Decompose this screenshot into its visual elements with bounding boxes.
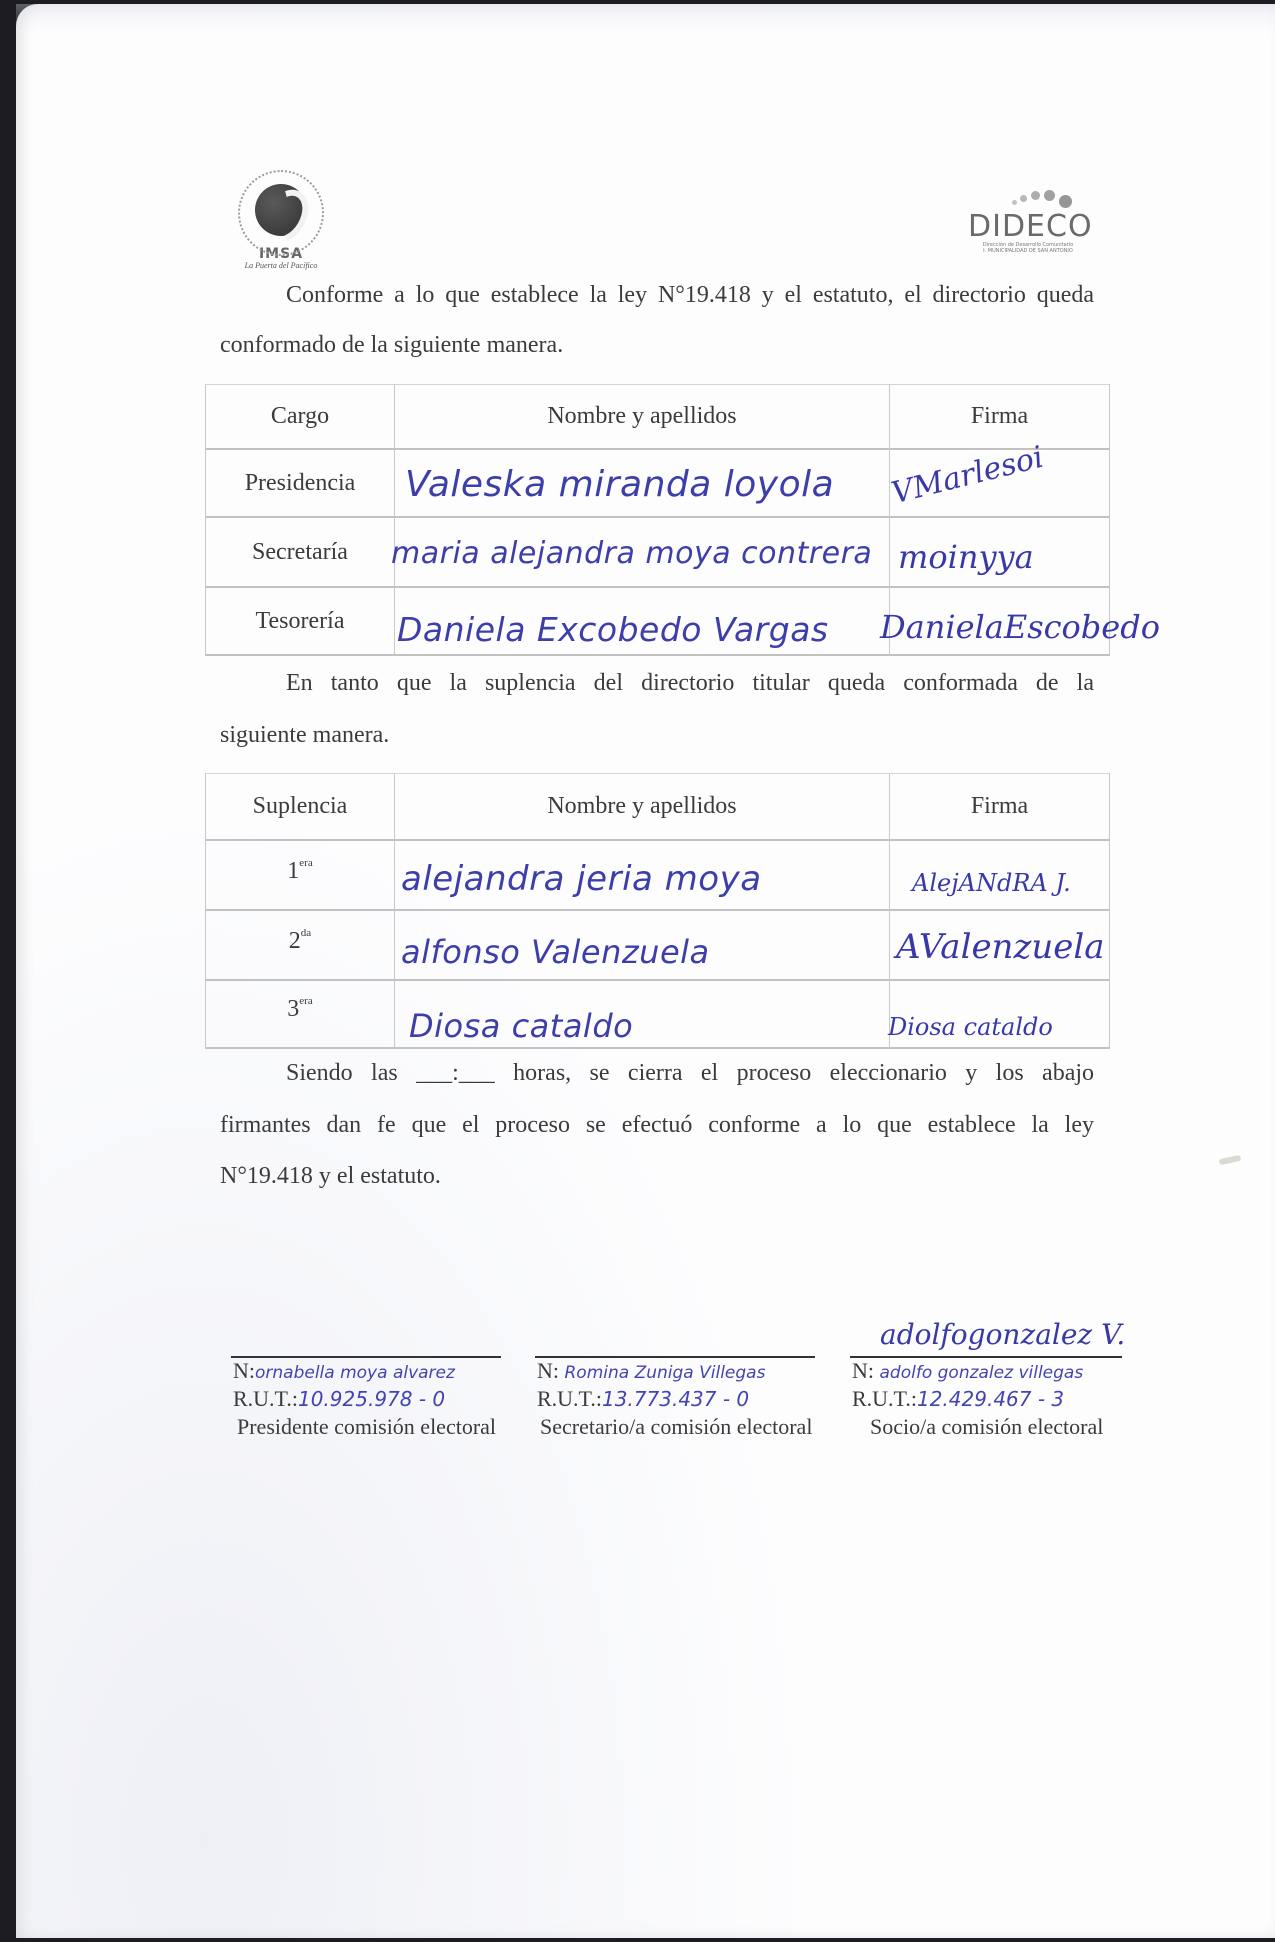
table-row: 1era alejandra jeria moya AlejANdRA J.	[205, 841, 1110, 911]
dideco-subtitle-2: I. MUNICIPALIDAD DE SAN ANTONIO	[968, 248, 1088, 254]
handwritten-name: Romina Zuniga Villegas	[565, 1363, 766, 1383]
rut-label: R.U.T.:	[537, 1386, 602, 1411]
table-row: 2da alfonso Valenzuela AValenzuela	[205, 911, 1110, 981]
dideco-dots-icon	[968, 182, 1088, 212]
role-label: Socio/a comisión electoral	[870, 1414, 1103, 1440]
firma-cell: AValenzuela	[890, 911, 1110, 981]
cargo-cell: Tesorería	[205, 588, 395, 656]
imsa-logo: IMSA La Puerta del Pacífico	[226, 170, 336, 275]
rut-row: R.U.T.:13.773.437 - 0	[537, 1386, 749, 1412]
handwritten-name: adolfo gonzalez villegas	[880, 1363, 1084, 1383]
intro-line-1: Conforme a lo que establece la ley N°19.…	[286, 282, 1094, 308]
name-label: N:	[233, 1358, 255, 1383]
nombre-cell: Daniela Excobedo Vargas	[395, 588, 890, 656]
table-header-row: Suplencia Nombre y apellidos Firma	[205, 773, 1110, 841]
ordinal-number: 2	[289, 928, 301, 954]
handwritten-name: Daniela Excobedo Vargas	[397, 610, 829, 649]
name-row: N:ornabella moya alvarez	[233, 1358, 455, 1384]
role-label: Secretario/a comisión electoral	[540, 1414, 812, 1440]
name-row: N: Romina Zuniga Villegas	[537, 1358, 765, 1384]
intro-line-2: conformado de la siguiente manera.	[220, 332, 563, 358]
table-header-row: Cargo Nombre y apellidos Firma	[205, 384, 1110, 450]
name-label: N:	[537, 1358, 559, 1383]
header-nombre: Nombre y apellidos	[395, 384, 890, 450]
header-nombre: Nombre y apellidos	[395, 773, 890, 841]
handwritten-rut: 13.773.437 - 0	[602, 1387, 749, 1411]
table-row: Secretaría maria alejandra moya contrera…	[205, 518, 1110, 588]
handwritten-name: Diosa cataldo	[409, 1007, 633, 1045]
header-cargo: Cargo	[205, 384, 395, 450]
handwritten-signature: adolfogonzalez V.	[880, 1318, 1125, 1351]
header-suplencia: Suplencia	[205, 773, 395, 841]
table-row: Presidencia Valeska miranda loyola VMarl…	[205, 450, 1110, 518]
header-firma: Firma	[890, 773, 1110, 841]
ordinal-suffix: era	[299, 857, 312, 869]
handwritten-name: alejandra jeria moya	[401, 859, 762, 899]
rut-row: R.U.T.:12.429.467 - 3	[852, 1386, 1064, 1412]
closing-prefix: Siendo las	[286, 1060, 398, 1086]
header-firma: Firma	[890, 384, 1110, 450]
suplencia-table: Suplencia Nombre y apellidos Firma 1era …	[205, 773, 1110, 1049]
nombre-cell: alejandra jeria moya	[395, 841, 890, 911]
rut-label: R.U.T.:	[233, 1386, 298, 1411]
suplencia-number-cell: 3era	[205, 981, 395, 1049]
dideco-logo: DIDECO Dirección de Desarrollo Comunitar…	[968, 182, 1088, 262]
nombre-cell: Diosa cataldo	[395, 981, 890, 1049]
nombre-cell: maria alejandra moya contrera	[395, 518, 890, 588]
handwritten-signature: moinyya	[898, 538, 1034, 576]
table-row: Tesorería Daniela Excobedo Vargas Daniel…	[205, 588, 1110, 656]
firma-cell: Diosa cataldo	[890, 981, 1110, 1049]
handwritten-signature: VMarlesoi	[888, 440, 1047, 511]
name-row: N: adolfo gonzalez villegas	[852, 1358, 1083, 1384]
closing-line-3: N°19.418 y el estatuto.	[220, 1163, 441, 1189]
suplencia-number-cell: 1era	[205, 841, 395, 911]
nombre-cell: Valeska miranda loyola	[395, 450, 890, 518]
firma-cell: AlejANdRA J.	[890, 841, 1110, 911]
rut-row: R.U.T.:10.925.978 - 0	[233, 1386, 445, 1412]
dideco-logo-text: DIDECO	[968, 212, 1088, 242]
handwritten-signature: Diosa cataldo	[888, 1013, 1053, 1041]
handwritten-rut: 10.925.978 - 0	[298, 1387, 445, 1411]
firma-cell: moinyya	[890, 518, 1110, 588]
suplencia-number-cell: 2da	[205, 911, 395, 981]
handwritten-signature: AlejANdRA J.	[912, 869, 1071, 897]
closing-time-blank[interactable]: ___:___	[416, 1060, 495, 1086]
table-row: 3era Diosa cataldo Diosa cataldo	[205, 981, 1110, 1049]
handwritten-name: Valeska miranda loyola	[405, 464, 834, 505]
role-label: Presidente comisión electoral	[237, 1414, 496, 1440]
ordinal-number: 3	[287, 996, 299, 1022]
suplencia-intro-line-1: En tanto que la suplencia del directorio…	[286, 670, 1094, 696]
closing-line-2: firmantes dan fe que el proceso se efect…	[220, 1112, 1094, 1138]
nombre-cell: alfonso Valenzuela	[395, 911, 890, 981]
cargo-cell: Presidencia	[205, 450, 395, 518]
ordinal-number: 1	[287, 858, 299, 884]
imsa-emblem-icon	[238, 170, 324, 256]
name-label: N:	[852, 1358, 874, 1383]
ordinal-suffix: da	[301, 927, 311, 939]
firma-cell: VMarlesoi	[890, 450, 1110, 518]
handwritten-signature: DanielaEscobedo	[880, 608, 1160, 646]
closing-suffix: horas, se cierra el proceso eleccionario…	[513, 1060, 1094, 1086]
ordinal-suffix: era	[299, 995, 312, 1007]
cargo-cell: Secretaría	[205, 518, 395, 588]
rut-label: R.U.T.:	[852, 1386, 917, 1411]
firma-cell: DanielaEscobedo	[890, 588, 1110, 656]
handwritten-name: alfonso Valenzuela	[401, 933, 710, 971]
handwritten-name: ornabella moya alvarez	[255, 1363, 455, 1383]
directorio-table: Cargo Nombre y apellidos Firma Presidenc…	[205, 384, 1110, 656]
handwritten-signature: AValenzuela	[896, 927, 1105, 967]
handwritten-rut: 12.429.467 - 3	[917, 1387, 1064, 1411]
suplencia-intro-line-2: siguiente manera.	[220, 722, 389, 748]
closing-line-1: Siendo las ___:___ horas, se cierra el p…	[286, 1060, 1094, 1086]
handwritten-name: maria alejandra moya contrera	[391, 536, 872, 571]
imsa-slogan: La Puerta del Pacífico	[226, 261, 336, 270]
